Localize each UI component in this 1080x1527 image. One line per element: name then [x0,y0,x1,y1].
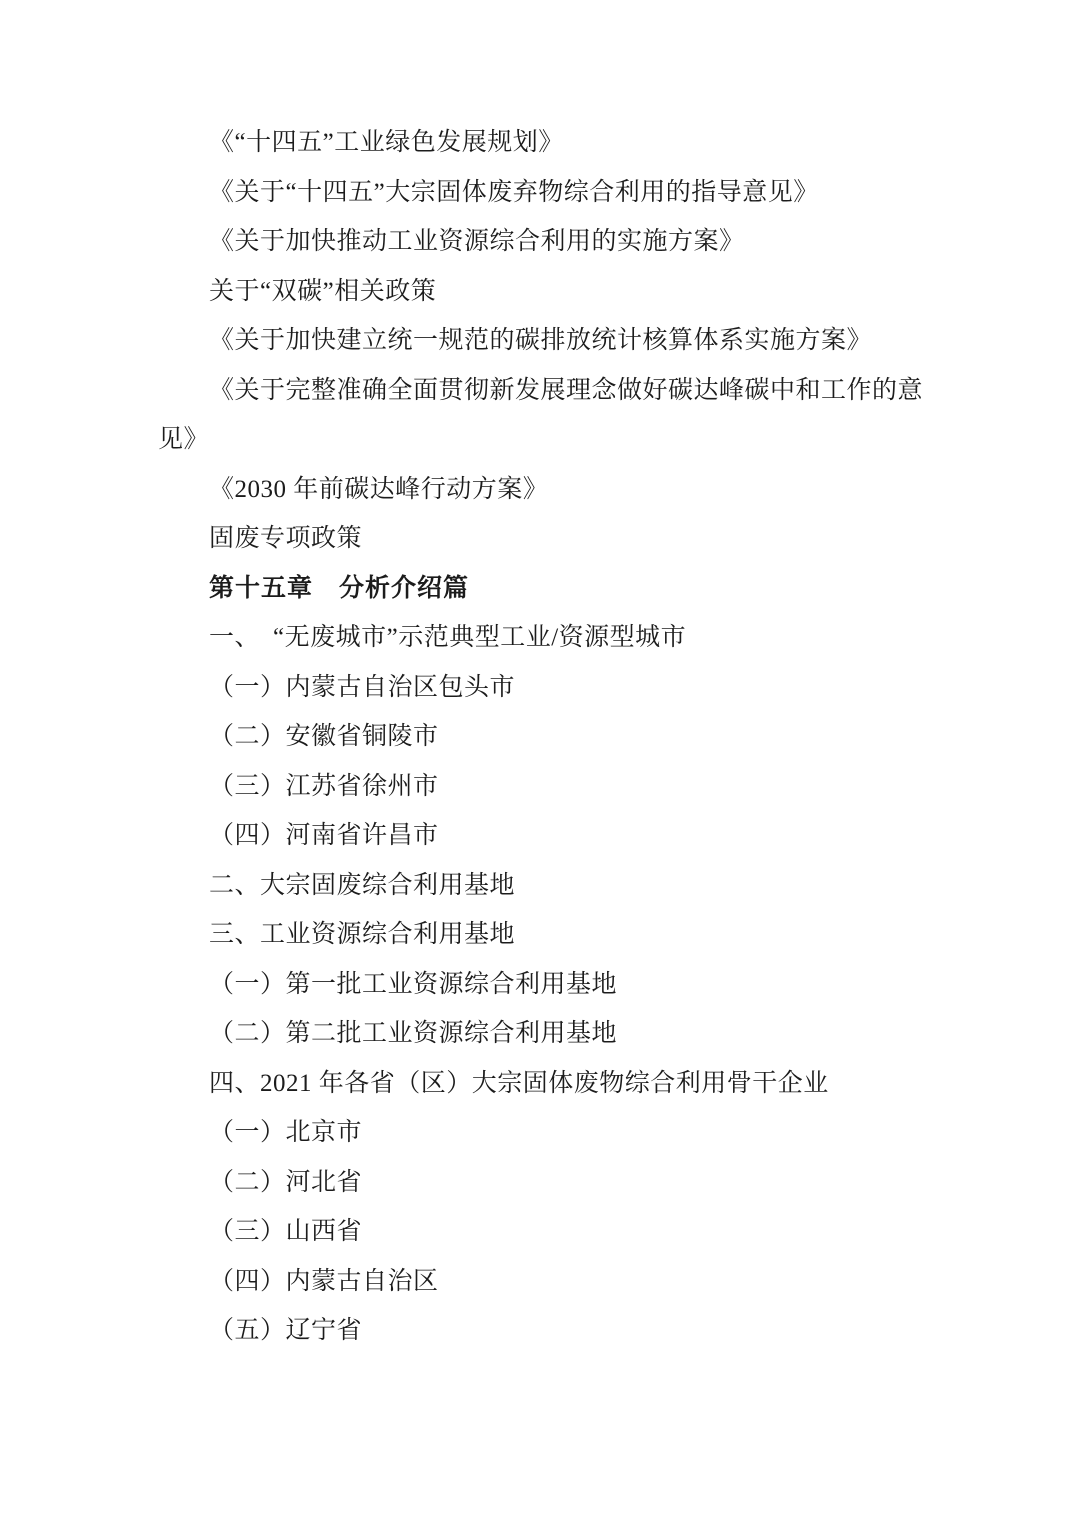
toc-line: 《关于加快推动工业资源综合利用的实施方案》 [158,217,922,267]
toc-line: 见》 [158,415,922,465]
toc-list: 《“十四五”工业绿色发展规划》《关于“十四五”大宗固体废弃物综合利用的指导意见》… [158,118,922,1356]
toc-line: （一）第一批工业资源综合利用基地 [158,960,922,1010]
toc-line: 四、2021 年各省（区）大宗固体废物综合利用骨干企业 [158,1059,922,1109]
toc-line: （三）山西省 [158,1207,922,1257]
toc-line: （三）江苏省徐州市 [158,762,922,812]
document-page: 《“十四五”工业绿色发展规划》《关于“十四五”大宗固体废弃物综合利用的指导意见》… [0,0,1080,1527]
toc-line: （一）内蒙古自治区包头市 [158,663,922,713]
toc-line: （五）辽宁省 [158,1306,922,1356]
toc-line: （四）内蒙古自治区 [158,1257,922,1307]
toc-line: （四）河南省许昌市 [158,811,922,861]
toc-line: 《2030 年前碳达峰行动方案》 [158,465,922,515]
toc-line: 二、大宗固废综合利用基地 [158,861,922,911]
toc-line: （二）河北省 [158,1158,922,1208]
toc-line: 固废专项政策 [158,514,922,564]
toc-line: 一、 “无废城市”示范典型工业/资源型城市 [158,613,922,663]
toc-line: 《关于“十四五”大宗固体废弃物综合利用的指导意见》 [158,168,922,218]
toc-line: （二）安徽省铜陵市 [158,712,922,762]
chapter-heading: 第十五章 分析介绍篇 [158,564,922,614]
toc-line: 《“十四五”工业绿色发展规划》 [158,118,922,168]
toc-line: 《关于完整准确全面贯彻新发展理念做好碳达峰碳中和工作的意 [158,366,922,416]
toc-line: 《关于加快建立统一规范的碳排放统计核算体系实施方案》 [158,316,922,366]
toc-line: （二）第二批工业资源综合利用基地 [158,1009,922,1059]
toc-line: （一）北京市 [158,1108,922,1158]
toc-line: 三、工业资源综合利用基地 [158,910,922,960]
toc-line: 关于“双碳”相关政策 [158,267,922,317]
